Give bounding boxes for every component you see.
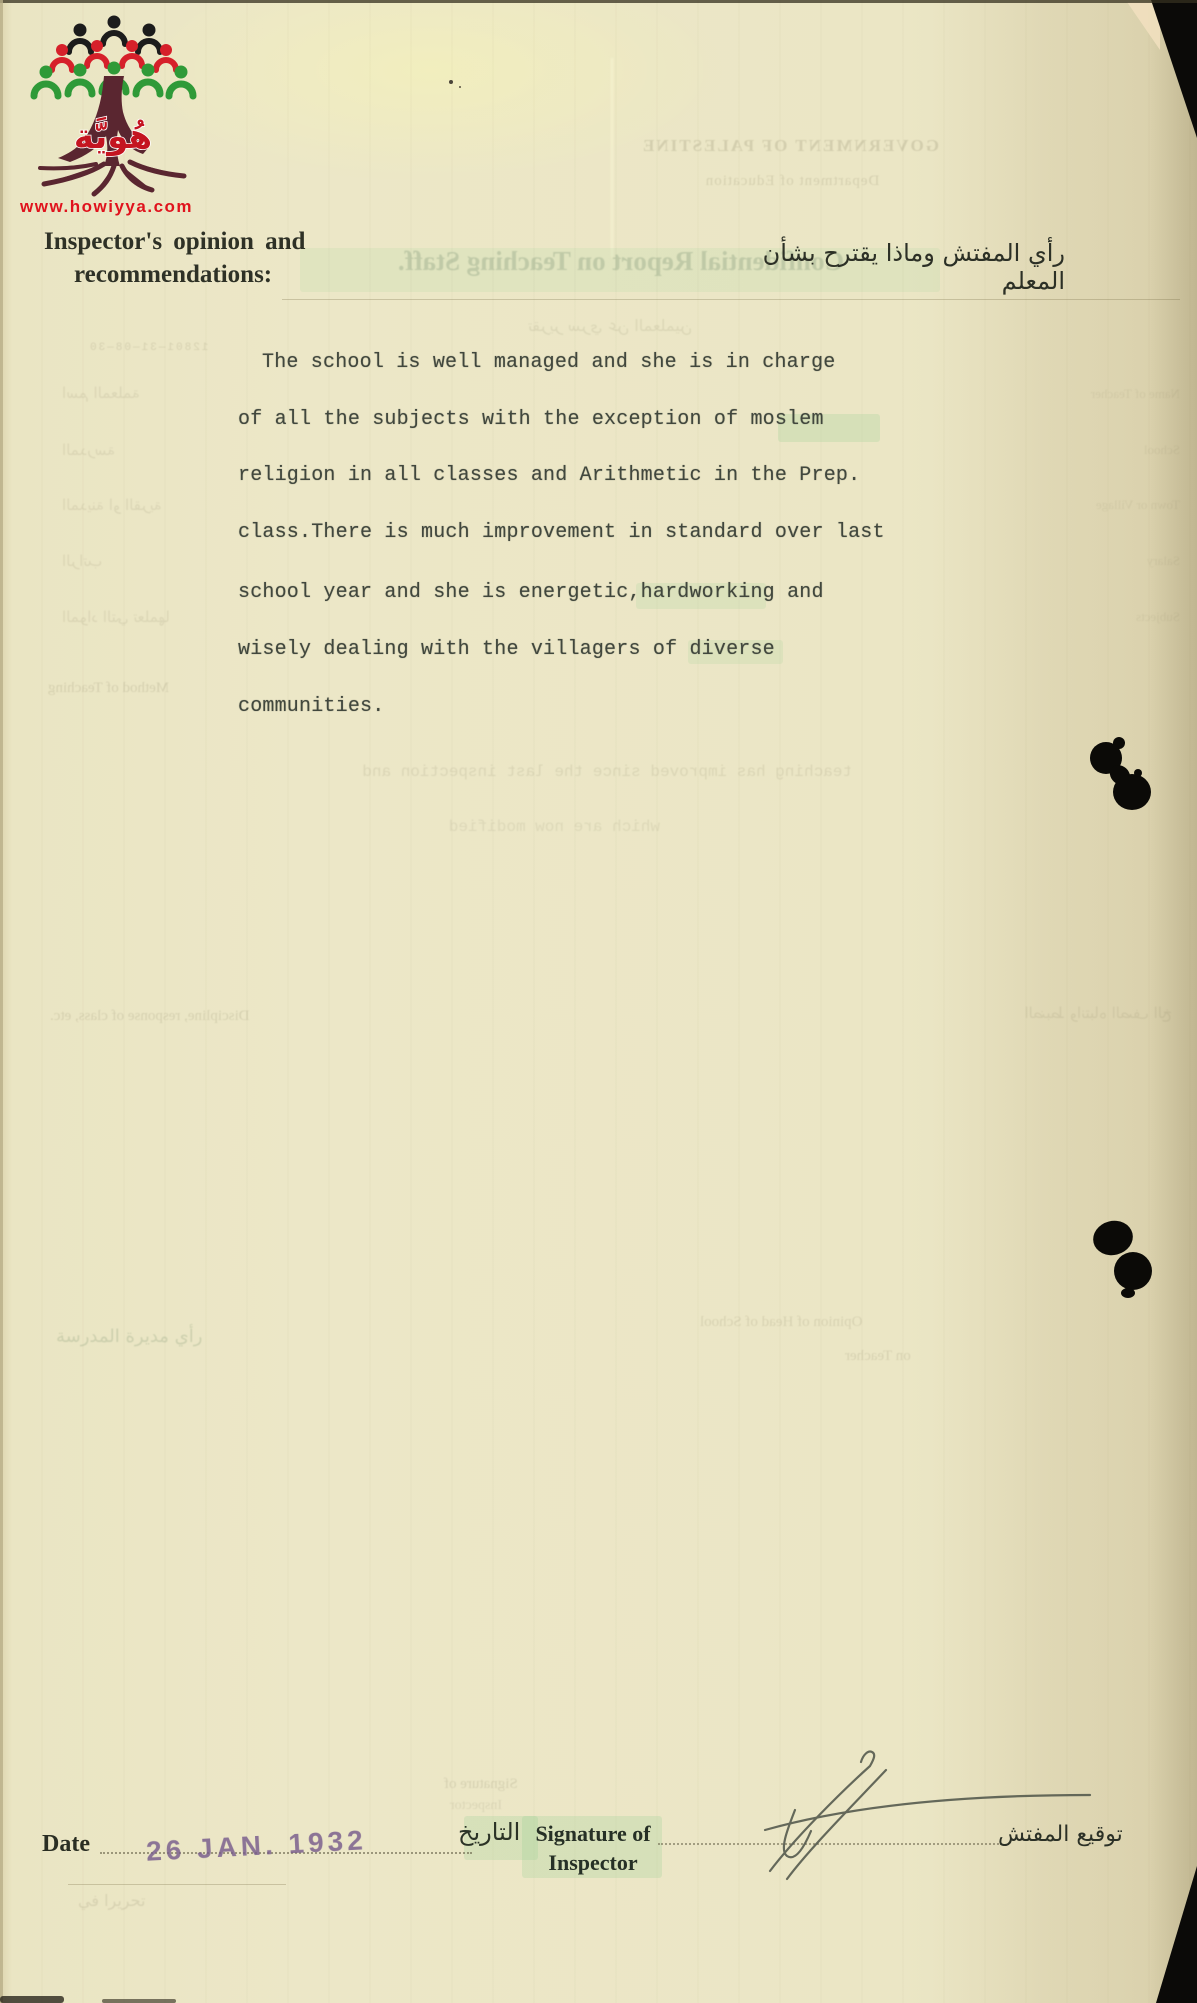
bleed-through-text: which are now modified — [330, 818, 660, 836]
signature-of-inspector-label: Signature of Inspector — [518, 1819, 668, 1877]
bleed-through-text: الراتب — [62, 552, 102, 570]
inspector-signature — [700, 1738, 1120, 1903]
date-label: Date — [42, 1831, 90, 1858]
bleed-through-text: 12801—31—08—30 — [88, 342, 208, 354]
typed-body-line: class.There is much improvement in stand… — [238, 521, 938, 544]
bleed-through-text: المواد التي تعلمها — [62, 608, 170, 626]
bleed-through-text: Department of Education — [666, 173, 918, 190]
svg-text:هُويَّة: هُويَّة — [74, 117, 152, 157]
date-label-arabic: التاريخ — [458, 1818, 520, 1846]
bleed-through-text: Opinion of Head of School — [700, 1314, 862, 1331]
bleed-rule-line — [68, 1884, 286, 1885]
typed-body-line: communities. — [238, 695, 938, 718]
signature-label-line1: Signature of — [518, 1819, 668, 1848]
typed-body-line: of all the subjects with the exception o… — [238, 408, 938, 431]
bleed-through-text: GOVERNMENT OF PALESTINE — [628, 136, 952, 156]
bleed-through-text: on Teacher — [845, 1348, 911, 1365]
bleed-through-text: تحريرا في — [78, 1891, 145, 1910]
paper-texture — [0, 0, 1197, 2003]
howiyya-tree-logo: هُويَّة — [18, 6, 208, 202]
scan-edge-bottom-mark — [0, 1996, 64, 2003]
typed-body-line: wisely dealing with the villagers of div… — [238, 638, 938, 661]
bleed-through-text: Inspector — [450, 1798, 502, 1814]
bleed-through-text: رأي مديرة المدرسة — [56, 1326, 202, 1347]
bleed-through-text: Signature of — [444, 1776, 518, 1793]
bleed-through-text: تقرير سري عن المعلمين — [470, 316, 750, 335]
bleed-through-text: الضبط وانتباه الصف الخ — [982, 1004, 1172, 1022]
scan-edge-top — [0, 0, 1197, 3]
inspector-opinion-label-arabic: رأي المفتش وماذا يقترح بشأن المعلم — [705, 239, 1065, 295]
paper-crease — [611, 58, 613, 258]
bleed-through-text: اسم المعلمة — [62, 384, 140, 402]
scanned-document-page: GOVERNMENT OF PALESTINE Department of Ed… — [0, 0, 1197, 2003]
scan-edge-bottom-mark — [102, 1999, 176, 2003]
inspector-opinion-label-line2: recommendations: — [74, 261, 272, 289]
typed-body-line: The school is well managed and she is in… — [238, 351, 962, 374]
signature-label-line2: Inspector — [518, 1848, 668, 1877]
bleed-through-text: Method of Teaching — [48, 680, 169, 697]
bleed-through-text: المدرسة — [62, 441, 115, 459]
bleed-through-text: teaching has improved since the last ins… — [252, 763, 852, 781]
bleed-rule-line — [282, 299, 1180, 300]
bleed-through-text: المدينة او القرية — [62, 496, 162, 514]
typed-body-line: religion in all classes and Arithmetic i… — [238, 464, 938, 487]
typed-body-line: school year and she is energetic,hardwor… — [238, 581, 938, 604]
inspector-opinion-label-line1: Inspector's opinion and — [44, 228, 305, 256]
pen-dots — [449, 80, 453, 84]
scan-edge-left — [0, 0, 3, 2003]
bleed-through-text: Discipline, response of class, etc. — [50, 1008, 250, 1025]
logo-url: www.howiyya.com — [20, 197, 193, 217]
right-edge-shade — [1148, 0, 1197, 2003]
